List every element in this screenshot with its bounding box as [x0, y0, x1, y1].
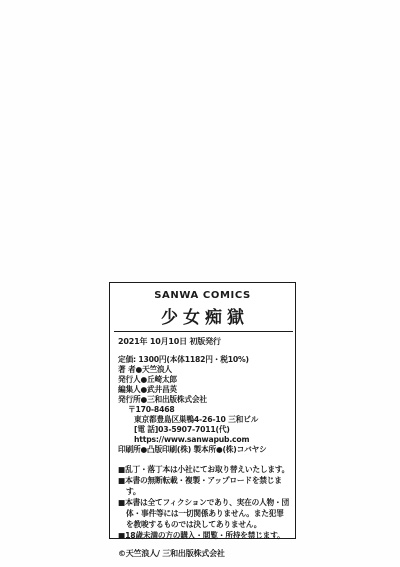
colophon-box: SANWA COMICS 少女痴獄 2021年 10月10日 初版発行 定価: …: [109, 282, 296, 539]
publication-info: 定価: 1300円(本体1182円・税10%) 著 者●天竺浪人 発行人●丘崎太…: [118, 355, 290, 455]
editor-line: 編集人●武井昌英: [118, 385, 290, 395]
title-divider: [114, 331, 293, 332]
author-line: 著 者●天竺浪人: [118, 365, 290, 375]
url-line: https://www.sanwapub.com: [118, 435, 290, 445]
notice-age-restriction: ■18歳未満の方の購入・閲覧・所持を禁じます。: [118, 530, 290, 541]
legal-notices: ■乱丁・落丁本は小社にてお取り替えいたします。 ■本書の無断転載・複製・アップロ…: [118, 464, 290, 541]
colophon-page: SANWA COMICS 少女痴獄 2021年 10月10日 初版発行 定価: …: [0, 0, 400, 567]
book-title: 少女痴獄: [120, 303, 290, 328]
edition-date: 2021年 10月10日 初版発行: [118, 336, 290, 347]
notice-fiction-disclaimer: ■本書は全てフィクションであり、実在の人物・団体・事件等には一切関係ありません。…: [118, 497, 290, 530]
notice-no-reproduction: ■本書の無断転載・複製・アップロードを禁じます。: [118, 475, 290, 497]
publisher-line: 発行所●三和出版株式会社: [118, 395, 290, 405]
postal-code-line: 〒170-8468: [118, 405, 290, 415]
price-line: 定価: 1300円(本体1182円・税10%): [118, 355, 290, 365]
street-address-line: 東京都豊島区巣鴨4-26-10 三和ビル: [118, 415, 290, 425]
brand-label: SANWA COMICS: [115, 290, 290, 301]
printing-binding-line: 印刷所●凸版印刷(株) 製本所●(株)コバヤシ: [118, 445, 290, 455]
notice-returns: ■乱丁・落丁本は小社にてお取り替えいたします。: [118, 464, 290, 475]
copyright-line: ©天竺浪人/ 三和出版株式会社: [118, 548, 290, 559]
phone-line: [電 話]03-5907-7011(代): [118, 425, 290, 435]
issuer-line: 発行人●丘崎太郎: [118, 375, 290, 385]
